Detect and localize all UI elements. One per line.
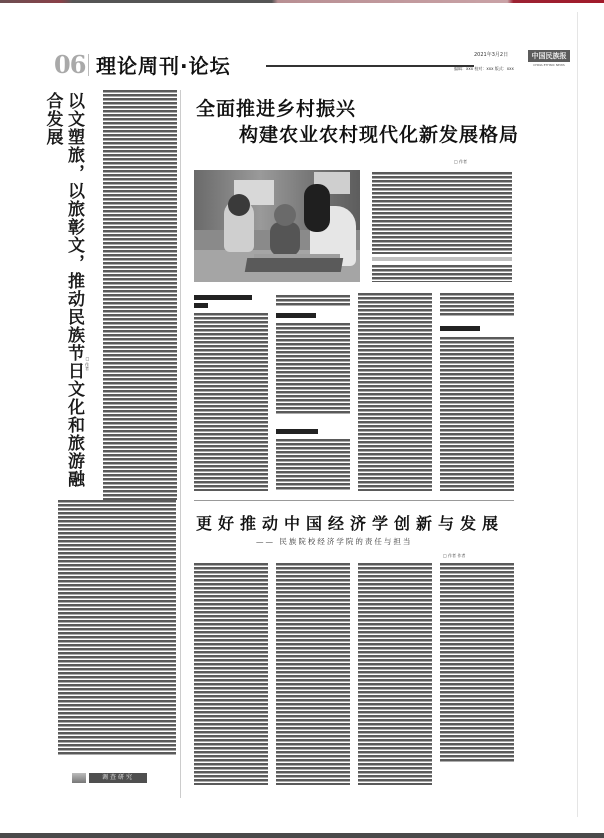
article-1-byline: □ 作者	[454, 159, 467, 165]
bottom-scrollbar-strip	[0, 833, 604, 838]
issue-date: 2021年3月2日	[474, 51, 508, 58]
article-1-title-line-1[interactable]: 全面推进乡村振兴	[196, 94, 356, 121]
article-1-col-4-top[interactable]	[440, 293, 514, 317]
left-article-title[interactable]: 以文塑旅，以旅彰文，推动民族节日文化和旅游融合发展	[60, 92, 84, 502]
logo-mark-icon	[72, 773, 86, 783]
article-divider	[194, 500, 514, 501]
column-divider	[180, 90, 181, 798]
article-2-col-3[interactable]	[358, 563, 432, 785]
page-number: 06	[54, 50, 85, 79]
article-1-subhead-1	[194, 295, 252, 300]
article-1-col-4[interactable]	[440, 337, 514, 491]
left-article-body-top[interactable]	[103, 90, 177, 500]
article-1-title-line-2[interactable]: 构建农业农村现代化新发展格局	[239, 120, 519, 147]
editor-meta: 编辑：xxx 校对：xxx 版式：xxx	[454, 66, 524, 71]
article-1-col-3[interactable]	[358, 293, 432, 491]
article-1-col-2[interactable]	[276, 323, 350, 415]
masthead-logo: 中国民族报	[528, 50, 570, 62]
masthead-subtitle: CHINA ETHNIC NEWS	[528, 63, 570, 67]
article-1-subhead-1b	[194, 303, 208, 308]
article-1-subhead-2	[276, 313, 316, 318]
article-1-note[interactable]	[372, 265, 512, 282]
article-1-subhead-3	[276, 429, 318, 434]
article-1-columns	[194, 293, 514, 493]
article-2-col-1[interactable]	[194, 563, 268, 785]
article-1-col-2-bottom[interactable]	[276, 439, 350, 491]
article-1-col-1[interactable]	[194, 313, 268, 491]
column-logo: 调查研究	[72, 773, 148, 783]
header-separator	[88, 54, 89, 76]
article-1-subhead-4	[440, 326, 480, 331]
article-1-photo[interactable]	[194, 170, 360, 282]
article-1-lead-paragraph[interactable]	[372, 172, 512, 254]
article-2-title[interactable]: 更好推动中国经济学创新与发展	[196, 511, 504, 534]
article-2-byline: □ 作者 作者	[443, 553, 465, 559]
page-edge	[577, 12, 578, 817]
article-2-col-2[interactable]	[276, 563, 350, 785]
left-article-byline: □ 作者	[84, 356, 90, 370]
column-logo-text: 调查研究	[89, 773, 147, 783]
article-2-col-4[interactable]	[440, 563, 514, 763]
article-1-col-2-top[interactable]	[276, 295, 350, 307]
lead-separator-bar	[372, 257, 512, 261]
article-2-subtitle: —— 民族院校经济学院的责任与担当	[256, 536, 412, 547]
section-title: 理论周刊·论坛	[96, 50, 231, 79]
top-toolbar-strip	[0, 0, 604, 3]
left-article-body-bottom[interactable]	[58, 500, 176, 755]
page-header: 06 理论周刊·论坛 2021年3月2日 编辑：xxx 校对：xxx 版式：xx…	[54, 50, 554, 80]
article-2-columns	[194, 563, 514, 788]
header-rule	[266, 65, 474, 67]
